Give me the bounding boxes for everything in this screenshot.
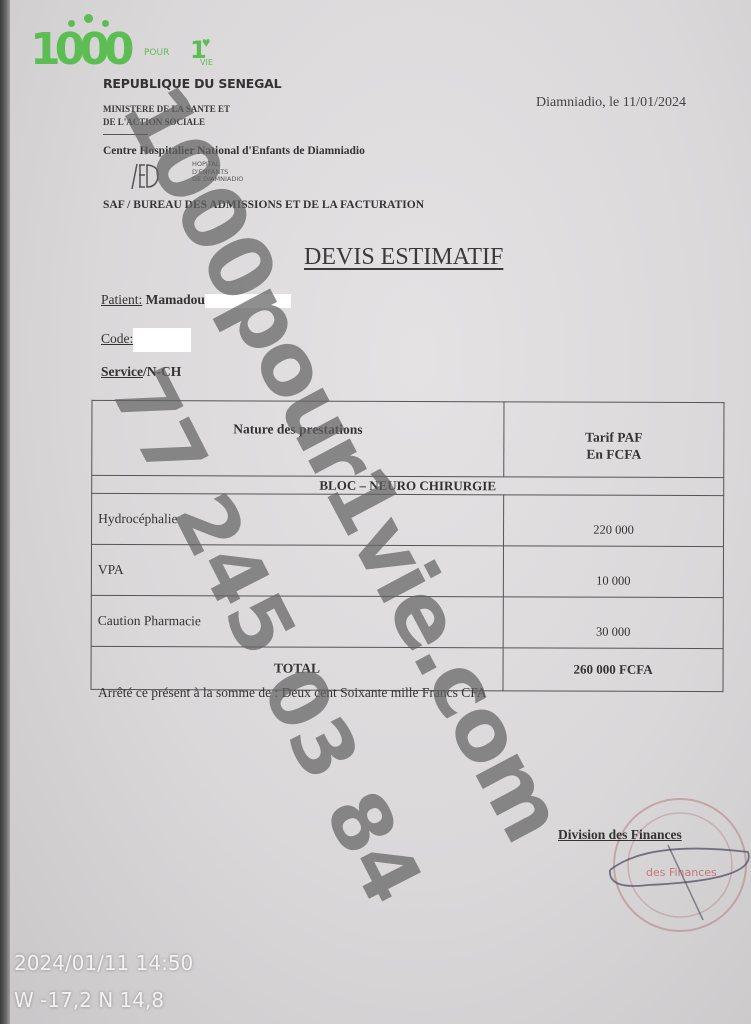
division-signature-label: Division des Finances <box>558 827 682 843</box>
total-amount: 260 000 FCFA <box>503 648 723 692</box>
logo-pour: POUR <box>144 48 169 58</box>
patient-label: Patient: <box>101 292 142 307</box>
row-amount: 10 000 <box>503 546 723 598</box>
stamp-text: des Finances <box>646 866 717 879</box>
logo-vie: VIE <box>200 58 213 67</box>
photo-timestamp: 2024/01/11 14:50 <box>14 951 193 975</box>
logo-dot <box>84 14 93 23</box>
1000-pour-1-vie-logo: 1000 POUR 1 ♥ VIE <box>30 14 200 74</box>
code-field: Code: <box>101 328 191 352</box>
header-tarif: Tarif PAF En FCFA <box>504 402 724 478</box>
logo-number: 1000 <box>30 24 128 75</box>
photo-gps-coordinates: W -17,2 N 14,8 <box>14 988 164 1012</box>
redaction-box <box>133 328 191 352</box>
document-title: DEVIS ESTIMATIF <box>304 244 503 271</box>
place-date: Diamniadio, le 11/01/2024 <box>536 95 686 111</box>
header-tarif-line-2: En FCFA <box>510 445 717 463</box>
heart-icon: ♥ <box>202 36 210 52</box>
row-amount: 220 000 <box>504 495 724 547</box>
row-amount: 30 000 <box>503 597 723 649</box>
official-stamp-icon: des Finances <box>608 790 751 940</box>
code-label: Code: <box>101 331 133 346</box>
header-tarif-line-1: Tarif PAF <box>510 428 717 446</box>
